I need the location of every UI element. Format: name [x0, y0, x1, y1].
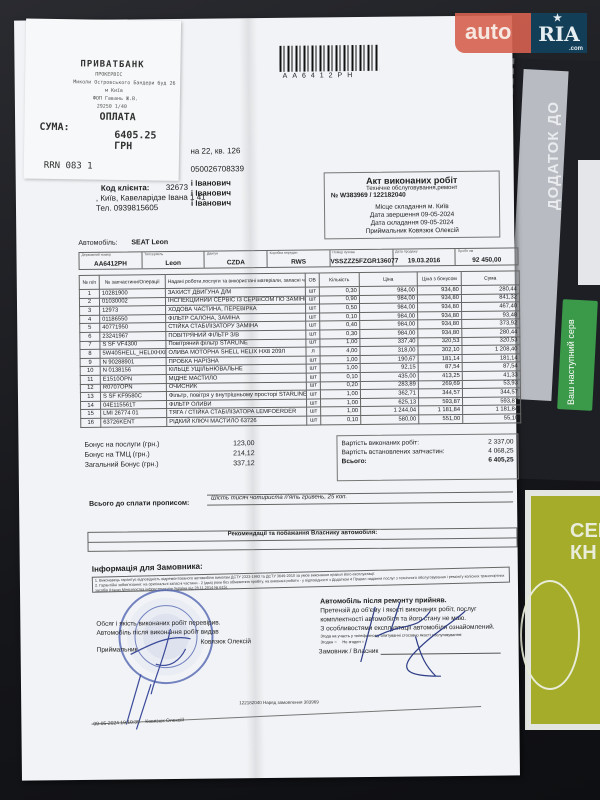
table-cell: 10: [80, 367, 100, 376]
agreement-block: Обсяг і якість виконаних робіт перевірив…: [96, 618, 220, 637]
receipt-line: ФОП Гавань Ж.В.: [93, 96, 138, 103]
column-header: Надані роботи,послуги та використані мат…: [165, 273, 305, 288]
receipt-sum-label: СУМА:: [39, 122, 69, 133]
watermark-com: .com: [569, 46, 583, 52]
client-phone: Тел. 0939815605: [96, 203, 158, 213]
owner-signature-line: [381, 653, 501, 655]
receipt-line: ПРОКЕРВІС: [95, 72, 122, 78]
table-cell: 9: [80, 358, 100, 367]
receipt-sum: 6405.25 ГРН: [114, 130, 179, 153]
table-cell: 11: [80, 375, 100, 384]
watermark-ria-text: RIA: [538, 22, 580, 46]
white-card: [578, 160, 600, 285]
vehicle-field-label: Номер кузова: [332, 250, 354, 254]
client-address: , Київ, Кавеларідзе Івана 1 41: [96, 193, 206, 203]
vehicle-field-value: VSSZZZ5FZGR136077: [330, 258, 392, 266]
green-tab-text: Ваш наступний серв: [566, 305, 576, 405]
column-header: № запчастини/Операції: [99, 275, 165, 290]
total-row: Всього:6 405,25: [342, 456, 514, 467]
table-cell: 4: [80, 315, 100, 324]
vehicle-field-label: Дата продажу: [395, 249, 418, 253]
table-cell: шт: [306, 373, 320, 382]
footer: 09-05-2024 19:10:39 Ковязюк Олексій: [93, 717, 184, 727]
act-box: Акт виконаних робіт Технічне обслуговува…: [324, 171, 501, 240]
receipt-line: 29250 1/40: [97, 104, 127, 110]
table-cell: шт: [306, 304, 320, 313]
bonus-row: Загальний Бонус (грн.)337,12: [85, 460, 255, 472]
act-receiver: Приймальник Ковязюк Олексій: [325, 227, 499, 236]
table-cell: 63726KENT: [101, 417, 167, 426]
table-cell: шт: [306, 330, 320, 339]
table-cell: 12: [80, 384, 100, 393]
star-icon: ★: [553, 13, 562, 24]
column-header: № п/п: [79, 275, 99, 289]
work-table: № п/п№ запчастини/ОпераціїНадані роботи,…: [79, 270, 522, 427]
table-cell: шт: [306, 313, 320, 322]
vehicle-field: Державний номерAA6412PH: [79, 252, 142, 269]
column-header: Ціна з бонусом: [417, 271, 461, 285]
table-cell: шт: [305, 287, 319, 296]
table-cell: 0,90: [319, 295, 359, 304]
receiver-name: Ковязюк Олексій: [201, 638, 252, 646]
table-cell: 16: [81, 418, 101, 427]
table-cell: л: [306, 347, 320, 356]
table-cell: шт: [306, 390, 320, 399]
green-tab: [557, 299, 598, 411]
receipt-line: м Київ: [105, 88, 123, 94]
consent-yes: Згоден ○: [321, 639, 337, 644]
watermark-ria: ★ RIA .com: [531, 13, 587, 53]
table-cell: 0,30: [319, 287, 359, 296]
vehicle-field-label: Двигун: [207, 252, 218, 256]
receipt-line: Миколи Островського Бандери буд 26: [73, 79, 175, 87]
act-number: № W383969 / 122182040: [325, 191, 499, 200]
vehicle-field: Дата продажу19.03.2016: [393, 249, 456, 266]
table-cell: 580,00: [361, 415, 419, 424]
booklet-text: ДОДАТОК ДО: [545, 90, 565, 210]
vehicle-field-label: Державний номер: [81, 253, 110, 257]
vehicle-field-value: 19.03.2016: [393, 257, 455, 265]
work-act-document: AA6412PH на 22, кв. 126 050026708339 і І…: [14, 15, 520, 780]
table-cell: 13: [80, 392, 100, 401]
vehicle-field-value: 92 450,00: [456, 256, 518, 264]
receipt-rrn: RRN 083 1: [44, 161, 93, 172]
header-street: на 22, кв. 126: [190, 146, 240, 156]
barcode-icon: [279, 45, 379, 72]
agreement-line-2: Автомобіль після виконання робіт видав: [96, 627, 220, 637]
receiver-label: Приймальник: [97, 646, 138, 653]
vehicle-field: Номер кузоваVSSZZZ5FZGR136077: [330, 250, 393, 267]
watermark-auto: auto: [455, 13, 531, 53]
table-cell: 7: [80, 341, 100, 350]
table-cell: шт: [306, 381, 320, 390]
table-cell: 6: [80, 332, 100, 341]
table-cell: шт: [306, 321, 320, 330]
customer-info-title: Інформація для Замовника:: [92, 562, 203, 574]
header-name-1: і Іванович: [191, 178, 231, 187]
service-book-title: СЕР КН: [570, 520, 600, 564]
vehicle-field: Пробіг км92 450,00: [456, 248, 518, 265]
header-tax: 050026708339: [191, 164, 244, 174]
table-cell: 5: [80, 324, 100, 333]
vehicle-field-label: Коробка передач: [270, 251, 298, 255]
vehicle-details: Державний номерAA6412PHТипсерія/льLeonДв…: [78, 247, 518, 270]
table-cell: шт: [305, 296, 319, 305]
table-cell: 1: [79, 289, 99, 298]
table-cell: РІДКИЙ КЛЮЧ МАСТИЛО 63726: [167, 416, 307, 426]
recommendations-box: Рекомендації та побажання Власнику автом…: [87, 527, 517, 552]
column-header: Кількість: [319, 273, 359, 287]
table-cell: 15: [81, 410, 101, 419]
footer-timestamp: 09-05-2024 19:10:39: [93, 719, 140, 727]
vehicle-field-value: RWS: [268, 258, 330, 266]
table-cell: шт: [306, 356, 320, 365]
column-header: Сума: [461, 271, 519, 286]
vehicle-field-label: Пробіг км: [458, 249, 473, 253]
footer-name: Ковязюк Олексій: [145, 717, 184, 725]
table-cell: 14: [81, 401, 101, 410]
footer-order: 122182040 Наряд замовлення 383969: [239, 699, 319, 705]
vehicle-field-value: Leon: [142, 260, 204, 268]
vehicle-field: Типсерія/льLeon: [142, 252, 205, 269]
table-cell: шт: [306, 364, 320, 373]
table-cell: шт: [307, 399, 321, 408]
barcode-text: AA6412PH: [283, 72, 358, 80]
acceptance-block: Автомобіль після ремонту прийняв. Претен…: [320, 596, 495, 646]
table-cell: 2: [79, 298, 99, 307]
totals-block: Вартість виконаних робіт:2 337,00Вартіст…: [336, 433, 518, 481]
service-logo-icon: [520, 580, 580, 690]
column-header: Ціна: [359, 272, 417, 287]
client-code: 32673: [166, 183, 188, 192]
recommendations-title: Рекомендації та побажання Власнику автом…: [88, 528, 516, 542]
bonus-block: Бонус на послуги (грн.)123,00Бонус на ТМ…: [84, 440, 254, 472]
table-cell: 551,00: [419, 414, 463, 423]
autoria-watermark: auto ★ RIA .com: [455, 13, 587, 53]
in-words-label: Всього до сплати прописом:: [89, 500, 189, 508]
table-cell: 3: [80, 306, 100, 315]
table-cell: 0,10: [321, 415, 361, 424]
table-cell: шт: [306, 339, 320, 348]
consent-no: Не згоден ○: [342, 639, 364, 644]
in-words-value: Шість тисяч чотириста п'ять гривень, 25 …: [207, 491, 513, 505]
client-code-label: Код клієнта:: [101, 183, 150, 193]
payment-receipt: ПРИВАТБАНК ПРОКЕРВІС Миколи Островського…: [24, 19, 181, 181]
receipt-payment: ОПЛАТА: [100, 112, 136, 124]
vehicle-label: Автомобіль:: [78, 240, 117, 247]
vehicle-field-label: Типсерія/ль: [144, 252, 163, 256]
column-header: ОВ: [305, 273, 319, 287]
owner-signature-label: Замовник / Власник: [319, 648, 379, 656]
table-cell: шт: [307, 407, 321, 416]
vehicle-field: Коробка передачRWS: [268, 250, 331, 267]
photo-scene: ДОДАТОК ДО Ваш наступний серв СЕР КН AA6…: [0, 0, 600, 800]
vehicle-name: SEAT Leon: [131, 239, 168, 246]
vehicle-field: ДвигунCZDA: [205, 251, 268, 268]
table-cell: 8: [80, 349, 100, 358]
vehicle-field-value: CZDA: [205, 259, 267, 267]
vehicle-field-value: AA6412PH: [80, 260, 142, 268]
table-cell: шт: [307, 416, 321, 425]
table-cell: 55,10: [463, 414, 521, 423]
receipt-bank: ПРИВАТБАНК: [80, 59, 144, 70]
